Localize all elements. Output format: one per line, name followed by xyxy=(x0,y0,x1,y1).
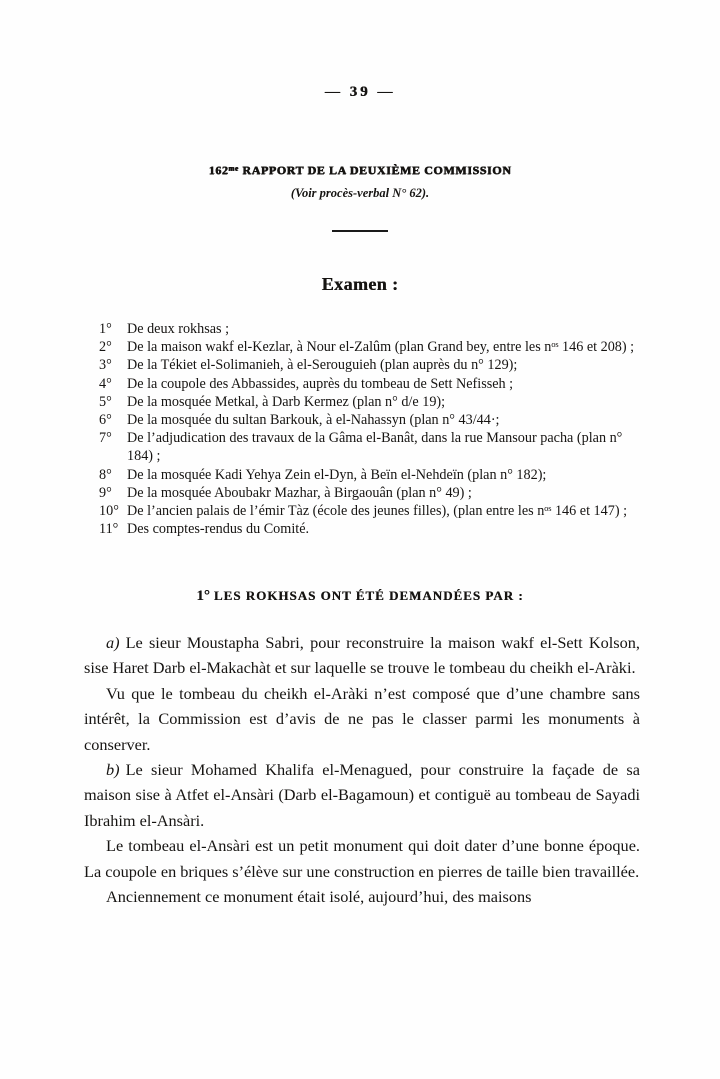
report-subtitle: (Voir procès-verbal N° 62). xyxy=(0,186,720,201)
item-number: 9° xyxy=(99,484,127,502)
paragraph-lead: b) xyxy=(106,760,120,779)
list-item: 9°De la mosquée Aboubakr Mazhar, à Birga… xyxy=(99,484,639,502)
item-number: 2° xyxy=(99,338,127,356)
item-text: Des comptes-rendus du Comité. xyxy=(127,521,309,537)
item-text: De la mosquée Kadi Yehya Zein el-Dyn, à … xyxy=(127,467,546,483)
list-item: 6°De la mosquée du sultan Barkouk, à el-… xyxy=(99,411,639,429)
list-item: 3°De la Tékiet el-Solimanieh, à el-Serou… xyxy=(99,356,639,374)
item-number: 1° xyxy=(99,320,127,338)
item-text: De la maison wakf el-Kezlar, à Nour el-Z… xyxy=(127,339,634,355)
list-item: 2°De la maison wakf el-Kezlar, à Nour el… xyxy=(99,338,639,356)
divider-rule xyxy=(332,230,388,232)
paragraph-lead: a) xyxy=(106,633,120,652)
list-item: 5°De la mosquée Metkal, à Darb Kermez (p… xyxy=(99,393,639,411)
list-item: 4°De la coupole des Abbassides, auprès d… xyxy=(99,375,639,393)
paragraph: b)Le sieur Mohamed Khalifa el-Menagued, … xyxy=(84,757,640,833)
paragraph: Anciennement ce monument était isolé, au… xyxy=(84,884,640,909)
paragraph: a)Le sieur Moustapha Sabri, pour reconst… xyxy=(84,630,640,681)
item-text: De la coupole des Abbassides, auprès du … xyxy=(127,376,513,392)
paragraph-text: Le sieur Mohamed Khalifa el-Menagued, po… xyxy=(84,760,640,830)
examen-list: 1°De deux rokhsas ; 2°De la maison wakf … xyxy=(99,320,639,538)
item-number: 6° xyxy=(99,411,127,429)
section-title: LES ROKHSAS ONT ÉTÉ DEMANDÉES PAR : xyxy=(214,588,524,603)
item-number: 3° xyxy=(99,356,127,374)
item-text: De l’adjudication des travaux de la Gâma… xyxy=(127,430,622,464)
report-title: 162ᵐᵉ RAPPORT DE LA DEUXIÈME COMMISSION xyxy=(0,163,720,178)
item-text: De la Tékiet el-Solimanieh, à el-Serougu… xyxy=(127,357,517,373)
list-item: 10°De l’ancien palais de l’émir Tàz (éco… xyxy=(99,502,639,520)
body-text: a)Le sieur Moustapha Sabri, pour reconst… xyxy=(84,630,640,909)
item-text: De la mosquée Metkal, à Darb Kermez (pla… xyxy=(127,394,445,410)
item-number: 4° xyxy=(99,375,127,393)
paragraph-text: Le tombeau el-Ansàri est un petit monume… xyxy=(84,836,640,880)
item-text: De l’ancien palais de l’émir Tàz (école … xyxy=(127,503,627,519)
item-text: De la mosquée Aboubakr Mazhar, à Birgaou… xyxy=(127,485,472,501)
paragraph-text: Vu que le tombeau du cheikh el-Aràki n’e… xyxy=(84,684,640,754)
paragraph: Le tombeau el-Ansàri est un petit monume… xyxy=(84,833,640,884)
item-text: De la mosquée du sultan Barkouk, à el-Na… xyxy=(127,412,500,428)
list-item: 11°Des comptes-rendus du Comité. xyxy=(99,520,639,538)
item-text: De deux rokhsas ; xyxy=(127,321,229,337)
paragraph-text: Anciennement ce monument était isolé, au… xyxy=(106,887,531,906)
scanned-document-page: — 39 — 162ᵐᵉ RAPPORT DE LA DEUXIÈME COMM… xyxy=(0,0,720,1079)
page-number: — 39 — xyxy=(0,84,720,101)
item-number: 7° xyxy=(99,429,127,447)
section-heading: 1°LES ROKHSAS ONT ÉTÉ DEMANDÉES PAR : xyxy=(0,588,720,605)
item-number: 8° xyxy=(99,466,127,484)
item-number: 10° xyxy=(99,502,127,520)
list-item: 8°De la mosquée Kadi Yehya Zein el-Dyn, … xyxy=(99,466,639,484)
examen-heading: Examen : xyxy=(0,274,720,295)
paragraph-text: Le sieur Moustapha Sabri, pour reconstru… xyxy=(84,633,640,677)
list-item: 1°De deux rokhsas ; xyxy=(99,320,639,338)
list-item: 7°De l’adjudication des travaux de la Gâ… xyxy=(99,429,639,465)
item-number: 5° xyxy=(99,393,127,411)
paragraph: Vu que le tombeau du cheikh el-Aràki n’e… xyxy=(84,681,640,757)
section-number: 1° xyxy=(196,588,210,604)
item-number: 11° xyxy=(99,520,127,538)
